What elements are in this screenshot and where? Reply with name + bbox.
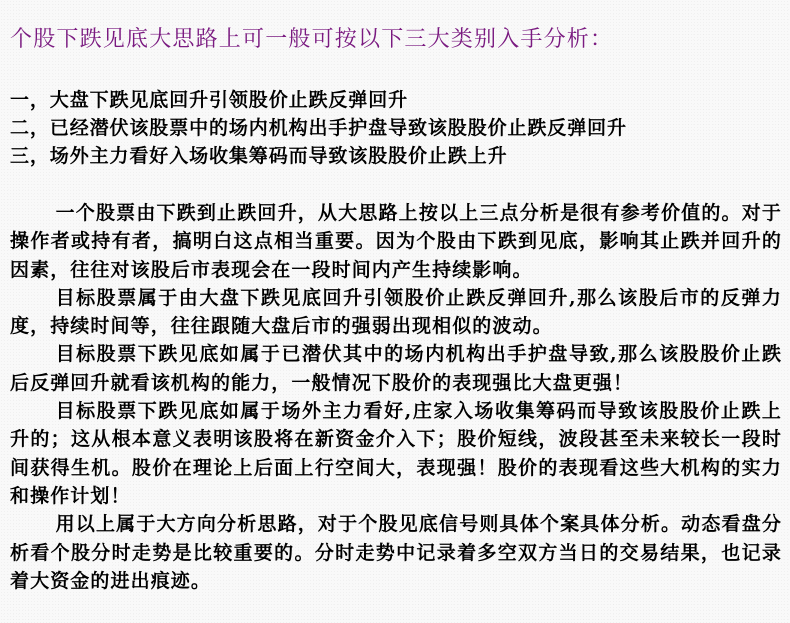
category-item-3: 三，场外主力看好入场收集筹码而导致该股股价止跌上升 [10, 142, 627, 170]
paragraph-5: 用以上属于大方向分析思路，对于个股见底信号则具体个案具体分析。动态看盘分析看个股… [10, 510, 782, 595]
paragraph-4: 目标股票下跌见底如属于场外主力看好,庄家入场收集筹码而导致该股股价止跌上升的；这… [10, 397, 782, 510]
paragraph-1: 一个股票由下跌到止跌回升，从大思路上按以上三点分析是很有参考价值的。对于操作者或… [10, 199, 782, 284]
category-item-1: 一，大盘下跌见底回升引领股价止跌反弹回升 [10, 86, 627, 114]
category-item-2: 二，已经潜伏该股票中的场内机构出手护盘导致该股股价止跌反弹回升 [10, 114, 627, 142]
paragraph-3: 目标股票下跌见底如属于已潜伏其中的场内机构出手护盘导致,那么该股股价止跌后反弹回… [10, 340, 782, 397]
paragraph-2: 目标股票属于由大盘下跌见底回升引领股价止跌反弹回升,那么该股后市的反弹力度，持续… [10, 284, 782, 341]
article-body: 一个股票由下跌到止跌回升，从大思路上按以上三点分析是很有参考价值的。对于操作者或… [10, 199, 782, 595]
category-list: 一，大盘下跌见底回升引领股价止跌反弹回升 二，已经潜伏该股票中的场内机构出手护盘… [10, 86, 627, 170]
page-title: 个股下跌见底大思路上可一般可按以下三大类别入手分析： [10, 25, 613, 55]
